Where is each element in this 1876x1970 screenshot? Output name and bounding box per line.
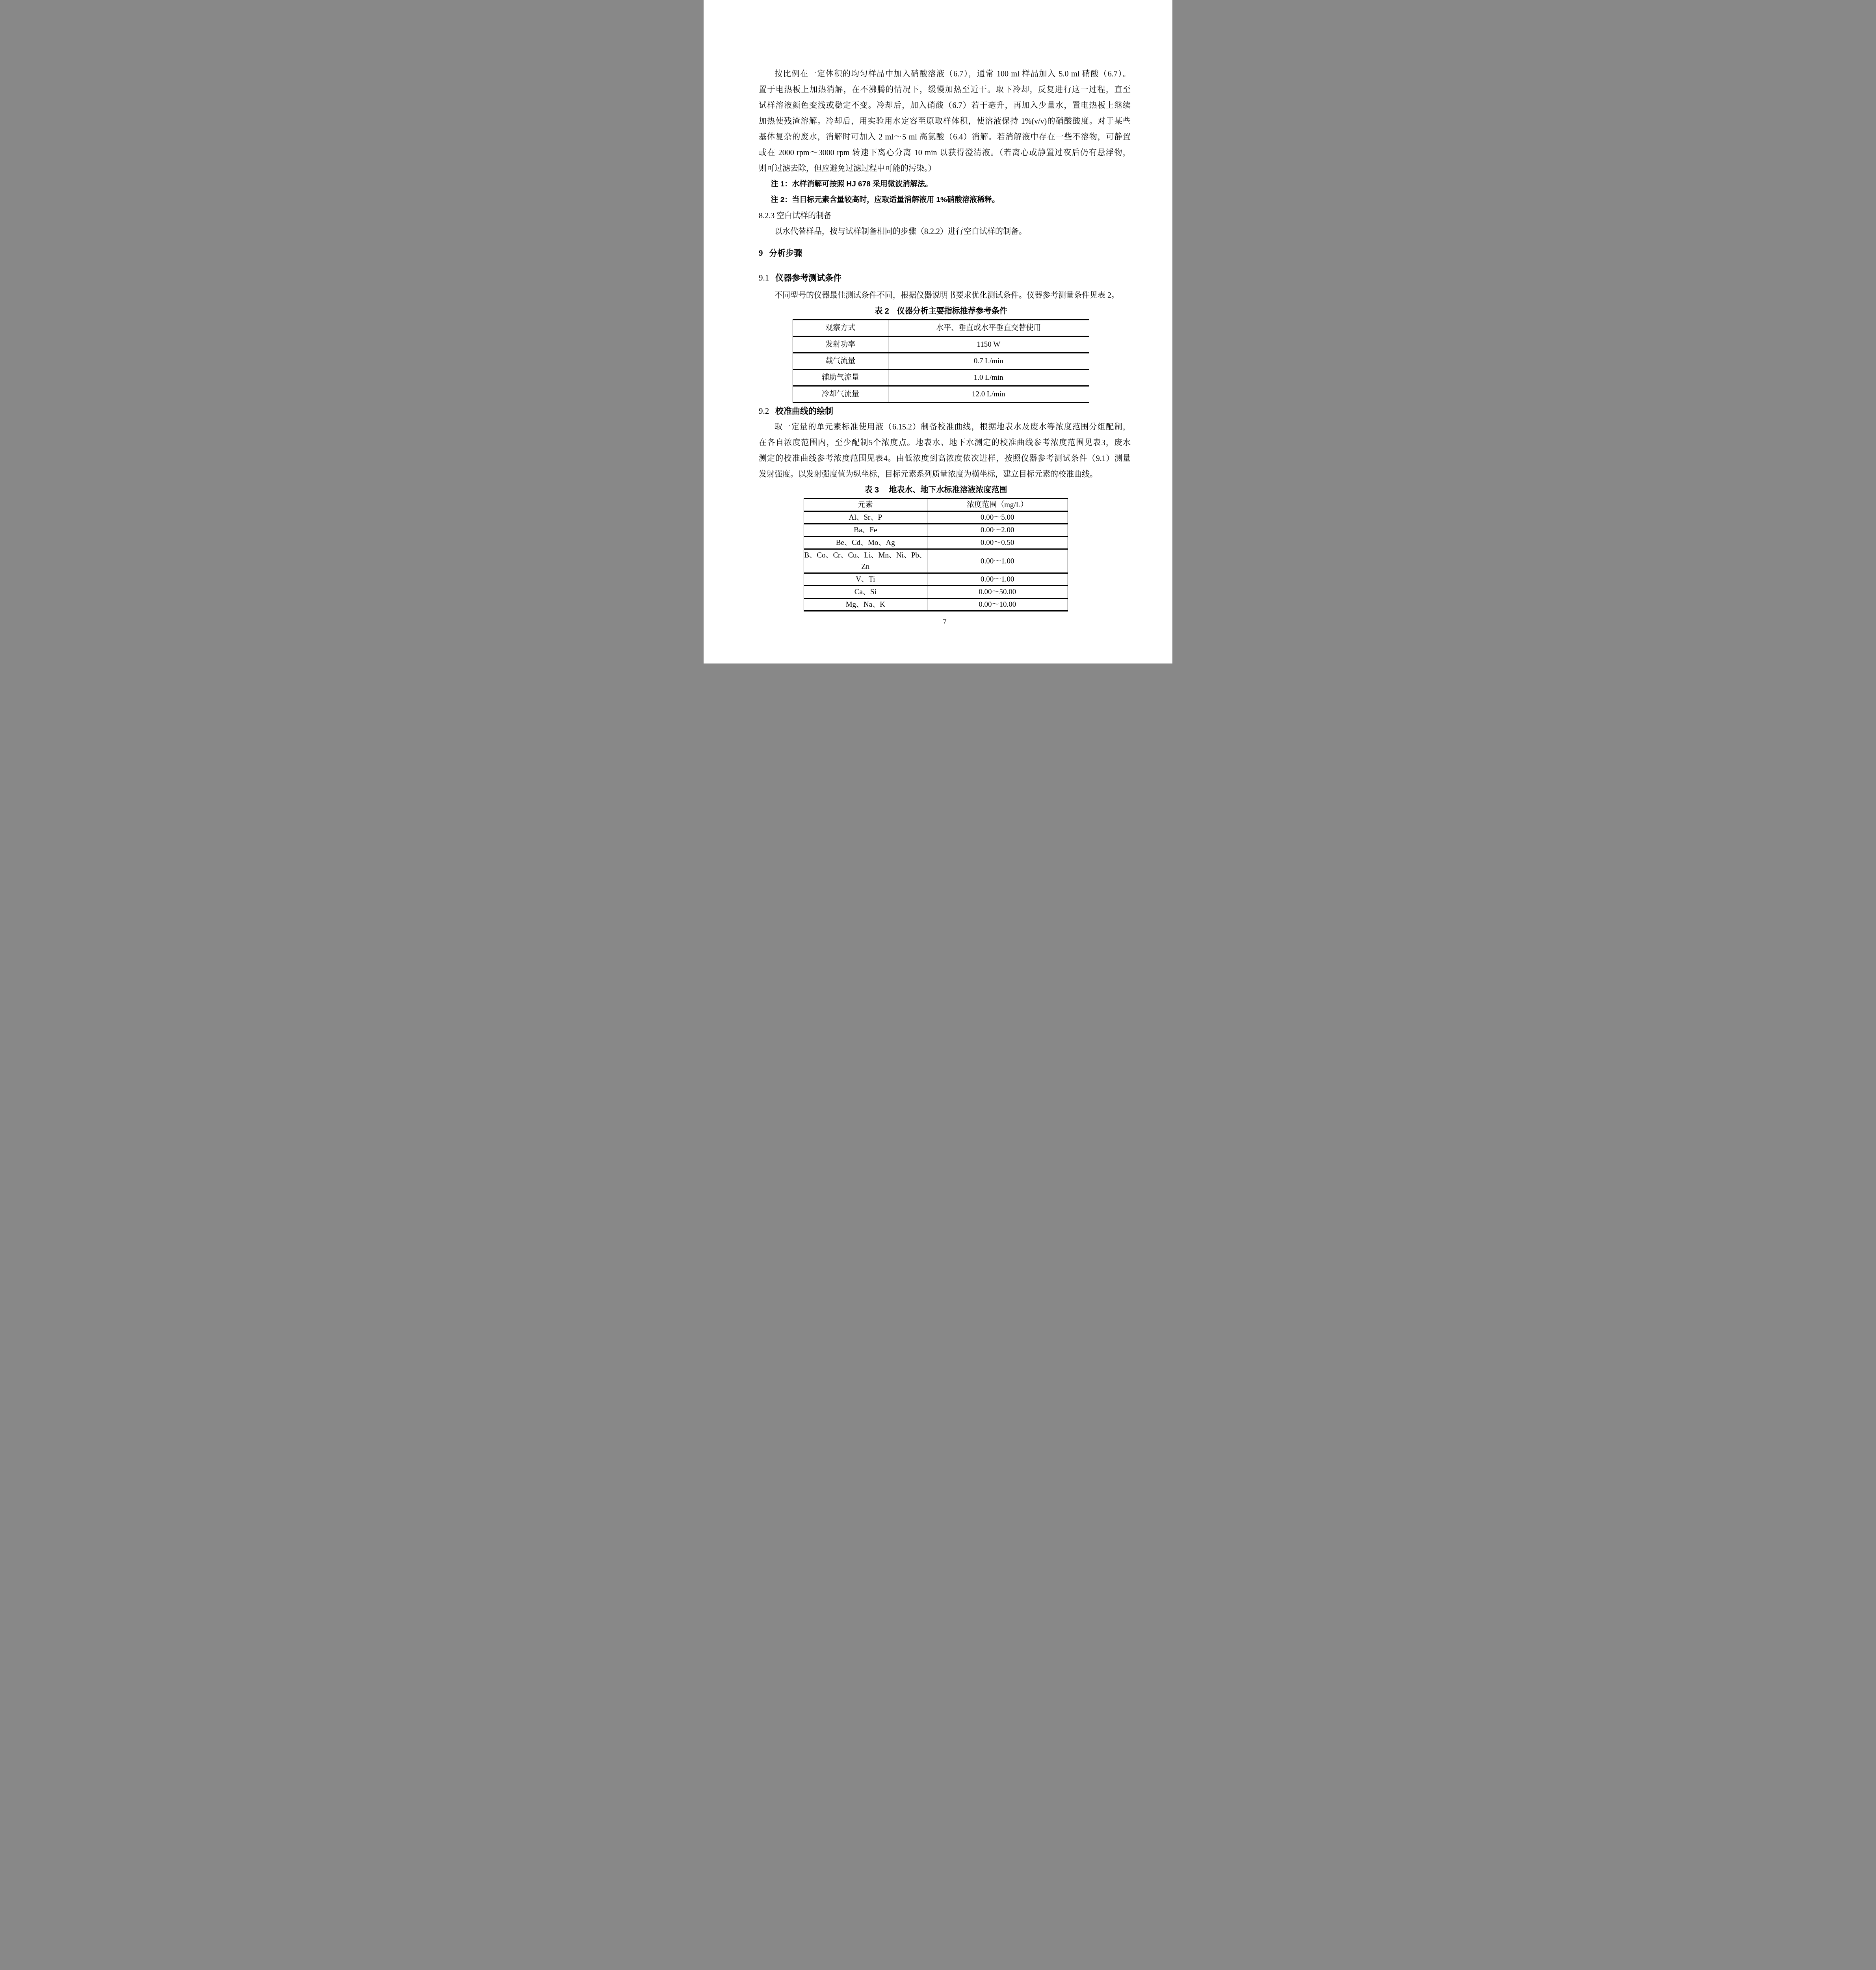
table-row: 元素浓度范围（mg/L） [804, 499, 1068, 511]
heading-9: 9分析步骤 [759, 245, 1131, 261]
heading-9-2-number: 9.2 [759, 406, 769, 416]
heading-9-2-title: 校准曲线的绘制 [775, 407, 833, 416]
table-cell: 发射功率 [793, 336, 888, 353]
paragraph-sample-digestion: 按比例在一定体积的均匀样品中加入硝酸溶液（6.7），通常 100 ml 样品加入… [759, 66, 1131, 177]
table-row: 发射功率1150 W [793, 336, 1089, 353]
text-line: 测定的校准曲线参考浓度范围见表4。由低浓度到高浓度依次进样，按照仪器参考测试条件… [759, 451, 1131, 466]
heading-9-number: 9 [759, 248, 763, 258]
paragraph-8-2-3: 以水代替样品，按与试样制备相同的步骤（8.2.2）进行空白试样的制备。 [759, 224, 1131, 240]
table-3-concentration-ranges: 元素浓度范围（mg/L）Al、Sr、P0.00～5.00Ba、Fe0.00～2.… [804, 498, 1068, 611]
table-row: 载气流量0.7 L/min [793, 353, 1089, 370]
text-line: 发射强度。以发射强度值为纵坐标，目标元素系列质量浓度为横坐标，建立目标元素的校准… [759, 466, 1131, 482]
table-row: B、Co、Cr、Cu、Li、Mn、Ni、Pb、 Zn0.00～1.00 [804, 549, 1068, 573]
table-2-title: 表 2 仪器分析主要指标推荐参考条件 [793, 303, 1089, 319]
table-cell: 0.00～2.00 [927, 524, 1068, 537]
table-cell: Mg、Na、K [804, 598, 927, 611]
note-2: 注 2：当目标元素含量较高时，应取适量消解液用 1%硝酸溶液稀释。 [759, 192, 1131, 208]
text-line: 基体复杂的废水，消解时可加入 2 ml～5 ml 高氯酸（6.4）消解。若消解液… [759, 129, 1131, 145]
table-cell: Al、Sr、P [804, 511, 927, 524]
table-cell: 0.7 L/min [888, 353, 1089, 370]
text-line: 则可过滤去除，但应避免过滤过程中可能的污染。） [759, 161, 1131, 177]
table-3-title: 表 3 地表水、地下水标准溶液浓度范围 [804, 482, 1068, 498]
table-cell: 冷却气流量 [793, 386, 888, 403]
table-row: 冷却气流量12.0 L/min [793, 386, 1089, 403]
heading-9-1: 9.1仪器参考测试条件 [759, 270, 1131, 286]
table-cell: 0.00～1.00 [927, 549, 1068, 573]
table-cell: 0.00～0.50 [927, 537, 1068, 549]
table-cell: 载气流量 [793, 353, 888, 370]
table-cell: V、Ti [804, 573, 927, 586]
heading-9-1-number: 9.1 [759, 273, 769, 282]
heading-9-2: 9.2校准曲线的绘制 [759, 403, 1131, 419]
table-cell: Ba、Fe [804, 524, 927, 537]
table-cell: 浓度范围（mg/L） [927, 499, 1068, 511]
text-line: 试样溶液颜色变浅或稳定不变。冷却后，加入硝酸（6.7）若干毫升，再加入少量水，置… [759, 98, 1131, 113]
table-row: Mg、Na、K0.00～10.00 [804, 598, 1068, 611]
paragraph-9-2: 取一定量的单元素标准使用液（6.15.2）制备校准曲线，根据地表水及废水等浓度范… [759, 419, 1131, 482]
table-cell: B、Co、Cr、Cu、Li、Mn、Ni、Pb、 Zn [804, 549, 927, 573]
text-line: 或在 2000 rpm～3000 rpm 转速下离心分离 10 min 以获得澄… [759, 145, 1131, 161]
table-cell: 1.0 L/min [888, 370, 1089, 386]
text-line: 加热使残渣溶解。冷却后，用实验用水定容至原取样体积，使溶液保持 1%(v/v)的… [759, 113, 1131, 129]
table-row: Ba、Fe0.00～2.00 [804, 524, 1068, 537]
table-row: V、Ti0.00～1.00 [804, 573, 1068, 586]
page-number: 7 [759, 616, 1131, 628]
table-row: Ca、Si0.00～50.00 [804, 586, 1068, 598]
table-cell: 0.00～10.00 [927, 598, 1068, 611]
text-line: 在各自浓度范围内，至少配制5个浓度点。地表水、地下水测定的校准曲线参考浓度范围见… [759, 435, 1131, 451]
table-2-instrument-conditions: 观察方式水平、垂直或水平垂直交替使用发射功率1150 W载气流量0.7 L/mi… [793, 319, 1089, 403]
heading-9-1-title: 仪器参考测试条件 [775, 273, 841, 282]
table-row: Be、Cd、Mo、Ag0.00～0.50 [804, 537, 1068, 549]
table-cell: 0.00～1.00 [927, 573, 1068, 586]
text-line: 按比例在一定体积的均匀样品中加入硝酸溶液（6.7），通常 100 ml 样品加入… [759, 66, 1131, 82]
table-cell: Be、Cd、Mo、Ag [804, 537, 927, 549]
text-line: 取一定量的单元素标准使用液（6.15.2）制备校准曲线，根据地表水及废水等浓度范… [759, 419, 1131, 435]
table-cell: 1150 W [888, 336, 1089, 353]
table-cell: 元素 [804, 499, 927, 511]
table-row: 观察方式水平、垂直或水平垂直交替使用 [793, 320, 1089, 336]
table-cell: Ca、Si [804, 586, 927, 598]
paragraph-9-1: 不同型号的仪器最佳测试条件不同，根据仪器说明书要求优化测试条件。仪器参考测量条件… [759, 288, 1131, 303]
table-cell: 观察方式 [793, 320, 888, 336]
heading-8-2-3: 8.2.3 空白试样的制备 [759, 208, 1131, 224]
table-cell: 水平、垂直或水平垂直交替使用 [888, 320, 1089, 336]
table-cell: 12.0 L/min [888, 386, 1089, 403]
note-1: 注 1：水样消解可按照 HJ 678 采用微波消解法。 [759, 177, 1131, 192]
table-row: Al、Sr、P0.00～5.00 [804, 511, 1068, 524]
heading-9-title: 分析步骤 [769, 249, 802, 258]
document-page: 按比例在一定体积的均匀样品中加入硝酸溶液（6.7），通常 100 ml 样品加入… [704, 0, 1172, 663]
table-row: 辅助气流量1.0 L/min [793, 370, 1089, 386]
table-cell: 0.00～5.00 [927, 511, 1068, 524]
text-line: 置于电热板上加热消解，在不沸腾的情况下，缓慢加热至近干。取下冷却，反复进行这一过… [759, 82, 1131, 98]
table-cell: 0.00～50.00 [927, 586, 1068, 598]
table-cell: 辅助气流量 [793, 370, 888, 386]
